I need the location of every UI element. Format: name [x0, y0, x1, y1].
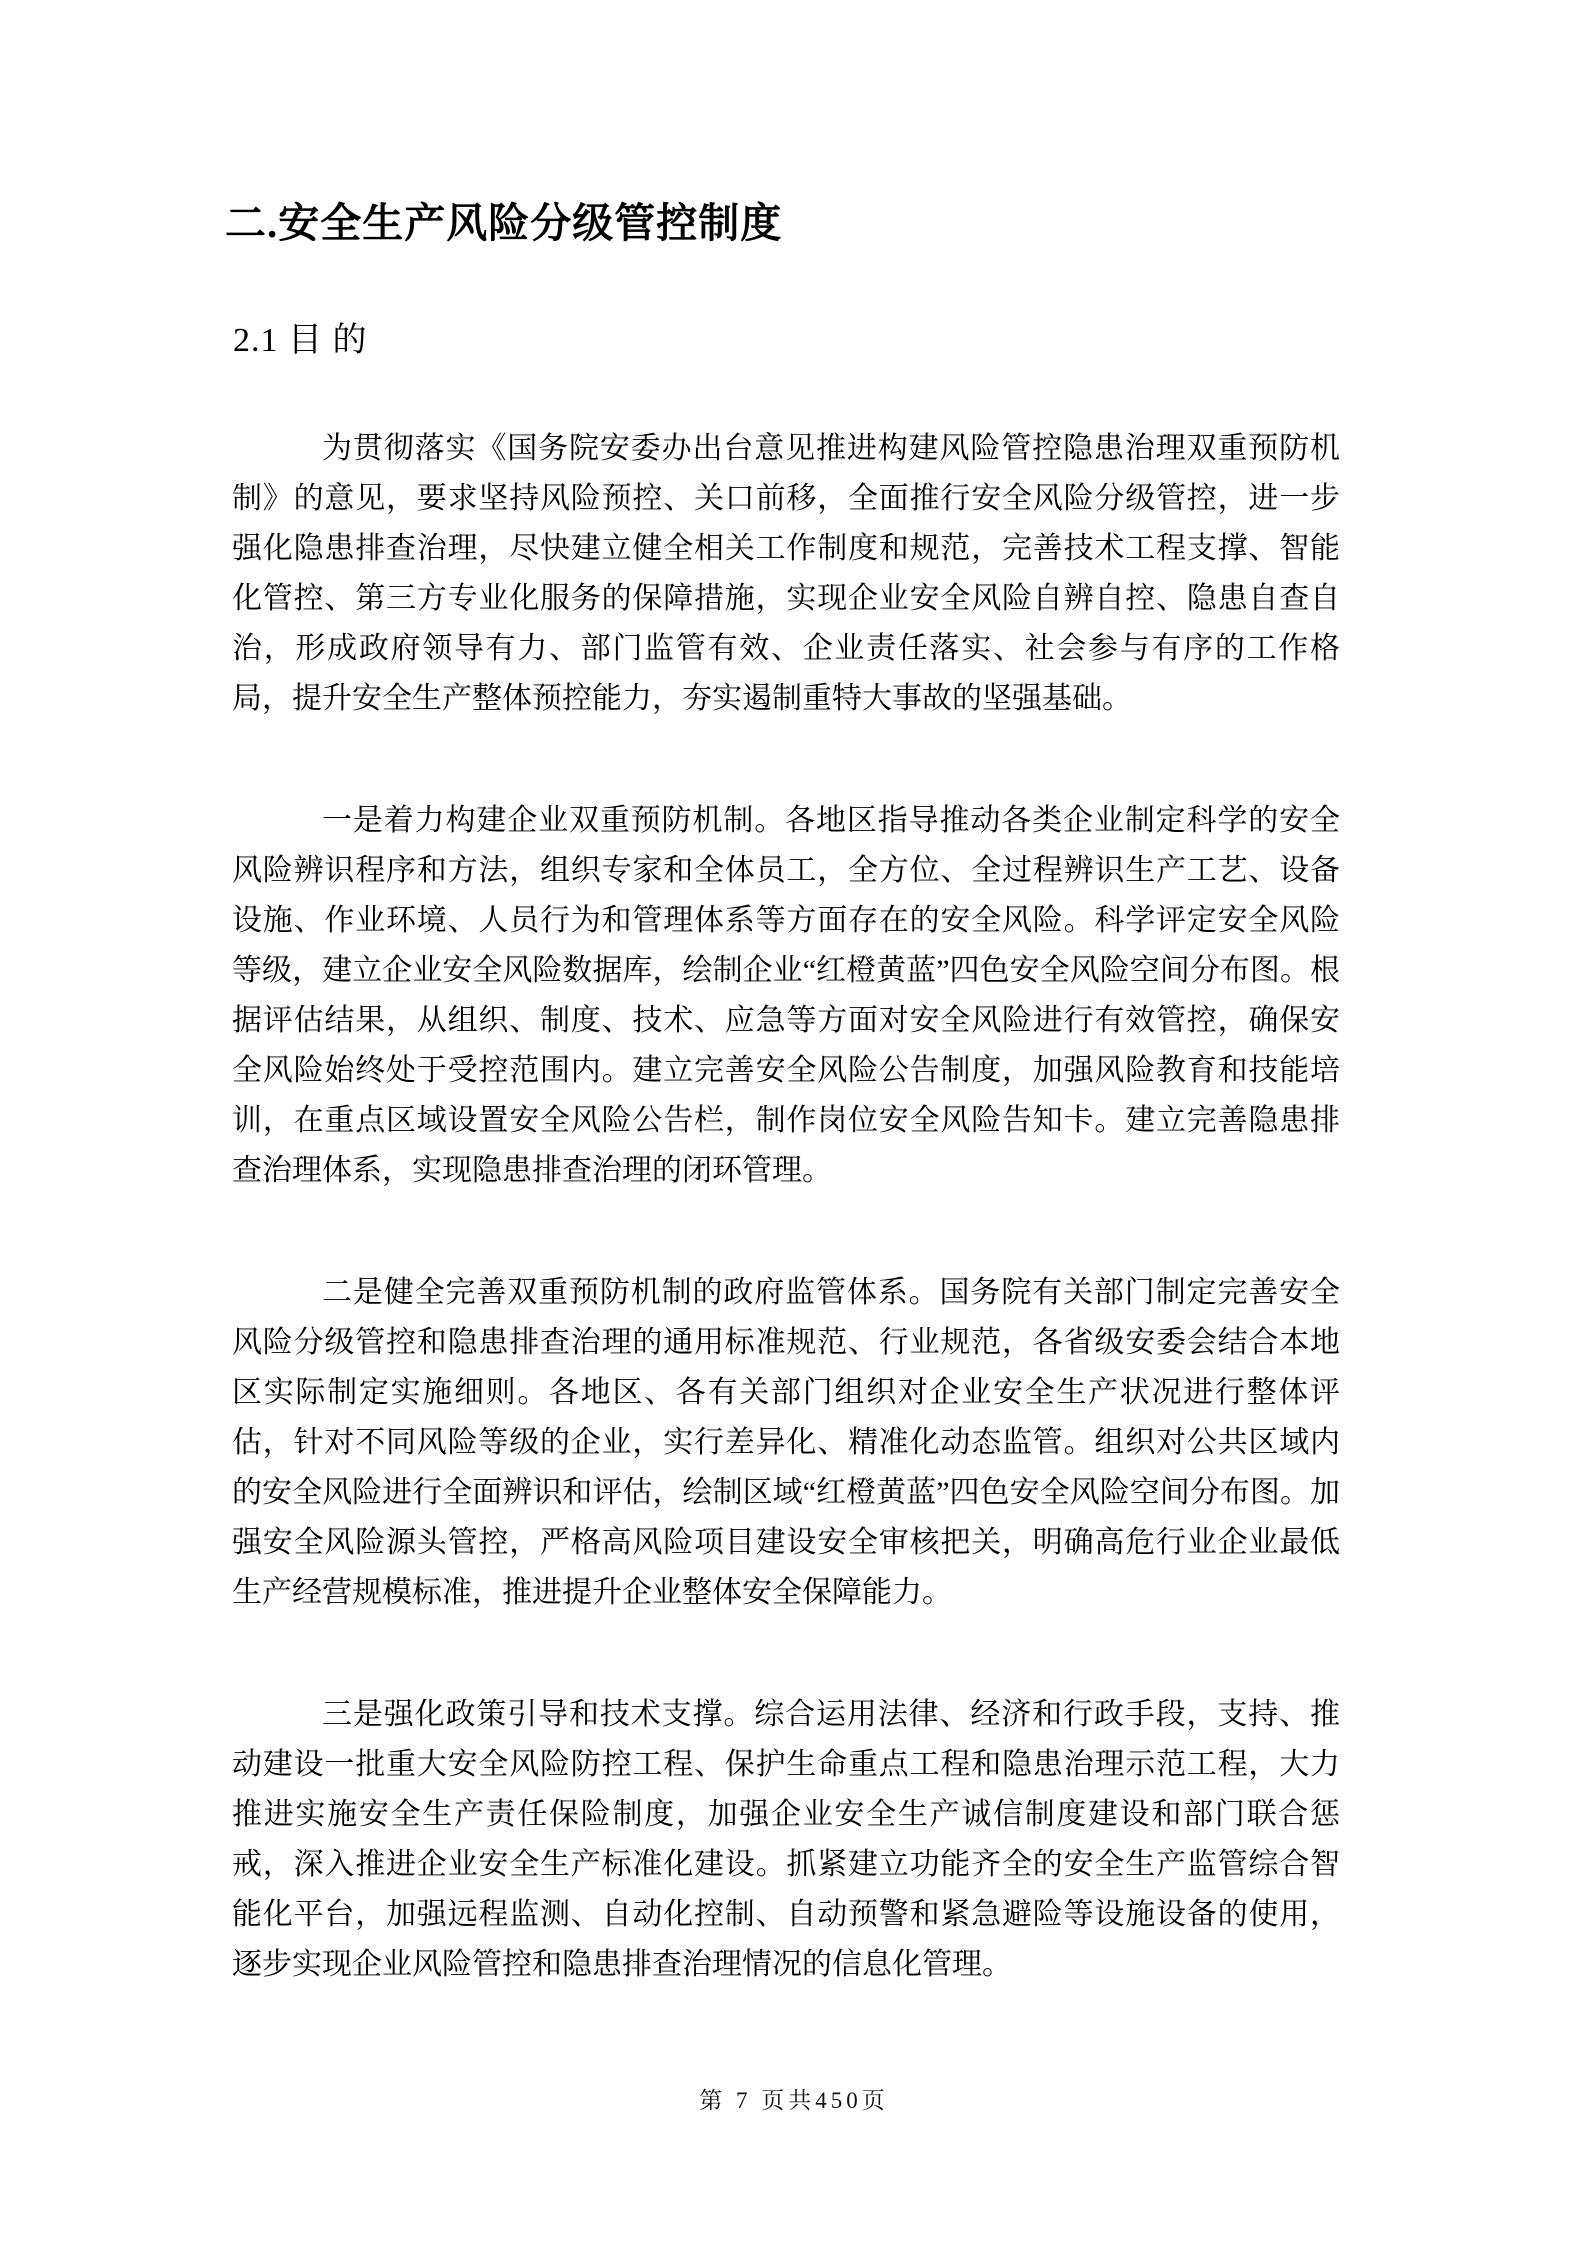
body-paragraph-4: 三是强化政策引导和技术支撑。综合运用法律、经济和行政手段，支持、推动建设一批重大…	[232, 1690, 1340, 1990]
section-heading: 2.1 目 的	[233, 320, 368, 363]
body-paragraph-1: 为贯彻落实《国务院安委办出台意见推进构建风险管控隐患治理双重预防机制》的意见，要…	[232, 424, 1340, 724]
document-body: 为贯彻落实《国务院安委办出台意见推进构建风险管控隐患治理双重预防机制》的意见，要…	[232, 424, 1340, 2062]
body-paragraph-2: 一是着力构建企业双重预防机制。各地区指导推动各类企业制定科学的安全风险辨识程序和…	[232, 796, 1340, 1196]
body-paragraph-3: 二是健全完善双重预防机制的政府监管体系。国务院有关部门制定完善安全风险分级管控和…	[232, 1268, 1340, 1618]
document-page: 二.安全生产风险分级管控制度 2.1 目 的 为贯彻落实《国务院安委办出台意见推…	[0, 0, 1588, 2245]
page-title: 二.安全生产风险分级管控制度	[225, 198, 782, 249]
page-number-footer: 第 7 页共450页	[0, 2082, 1588, 2115]
